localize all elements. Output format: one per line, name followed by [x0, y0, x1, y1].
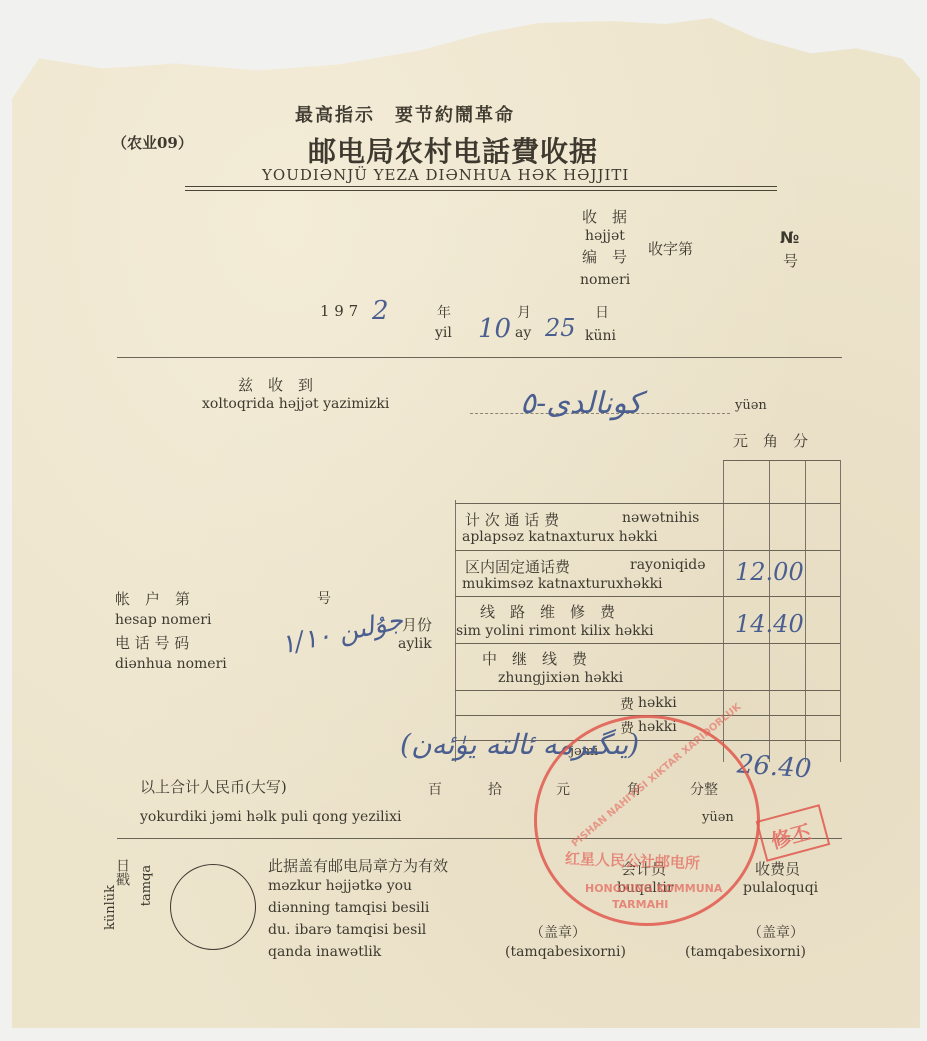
date-divider — [117, 357, 842, 358]
received-label-latin: xoltoqrida həjjət yazimizki — [202, 396, 389, 412]
table-row-line-4 — [455, 643, 840, 644]
table-row-line-5 — [455, 690, 840, 691]
date-day-handwritten[interactable]: 25 — [545, 314, 576, 342]
date-stamp-label-cn-char: 日戳 — [114, 858, 130, 886]
fee-row-3-latin-2: sim yolini rimont kilix həkki — [456, 623, 654, 639]
total-label-latin: yokurdiki jəmi həlk puli qong yezilixi — [140, 809, 402, 825]
table-right-border — [840, 460, 841, 762]
date-month-latin: ay — [515, 325, 531, 341]
table-row-line-3 — [455, 596, 840, 597]
receipt-label-cn-1: 收 据 — [582, 206, 627, 227]
table-col-fen — [805, 460, 806, 762]
account-label-latin-1: hesap nomeri — [115, 612, 211, 628]
form-code: （农业09） — [112, 132, 193, 153]
total-label-cn: 以上合计人民币(大写) — [140, 776, 287, 797]
received-from-handwritten[interactable]: ﻛﻮﻧﺎﻟﺪﻯ-٥ — [520, 386, 642, 421]
page-title: 邮电局农村电話費收据 — [308, 130, 598, 170]
fee-row-2-cn: 区内固定通话费 — [465, 556, 570, 577]
date-day-cn: 日 — [595, 302, 609, 322]
collector-seal-text: 修丕 — [767, 816, 813, 854]
fee-row-1-latin-1: nəwətnihis — [622, 510, 699, 526]
account-label-cn-1: 帐 户 第 — [115, 588, 190, 609]
fee-row-5-latin-2: həkki — [638, 695, 677, 711]
table-row-line-2 — [455, 550, 840, 551]
fee-row-3-cn: 线 路 维 修 费 — [480, 601, 615, 622]
date-stamp-label-latin-1: künlük — [103, 885, 118, 930]
collector-label-latin: pulaloquqi — [743, 880, 818, 896]
receipt-label-cn-3: 收字第 — [648, 238, 693, 259]
fee-row-3-amount[interactable]: 14.40 — [735, 610, 804, 638]
date-month-cn: 月 — [517, 302, 531, 322]
fee-row-2-latin-2: mukimsəz katnaxturuxhəkki — [462, 576, 663, 592]
receipt-no-suffix: 号 — [783, 250, 798, 271]
fee-row-4-latin-2: zhungjixiən həkki — [498, 670, 623, 686]
date-stamp-circle — [170, 864, 256, 950]
date-stamp-label-latin-2: tamqa — [139, 865, 154, 906]
page-title-latin: YOUDIƏNJÜ YEZA DIƏNHUA HƏK HƏJJITI — [262, 166, 629, 184]
receipt-label-latin-1: həjjət — [585, 228, 625, 244]
validity-latin-4: qanda inawətlik — [268, 944, 381, 960]
fee-row-2-amount[interactable]: 12.00 — [735, 558, 804, 586]
collector-seal-latin: (tamqabesixorni) — [685, 944, 806, 960]
date-day-latin: küni — [585, 328, 616, 344]
validity-latin-3: du. ibarə tamqisi besil — [268, 922, 426, 938]
fee-row-2-latin-1: rayoniqidə — [630, 557, 706, 573]
stamp-latin-bottom-2: TARMAHI — [612, 898, 668, 911]
slogan: 最高指示 要节約鬧革命 — [295, 101, 515, 127]
date-year-latin: yil — [435, 325, 452, 341]
denomination-hundred: 百 — [428, 779, 442, 799]
denomination-ten: 拾 — [488, 779, 502, 799]
fee-row-1-latin-2: aplapsəz katnaxturux həkki — [462, 529, 658, 545]
date-month-handwritten[interactable]: 10 — [478, 314, 511, 344]
fee-row-4-cn: 中 继 线 费 — [482, 648, 587, 669]
receipt-label-cn-2: 编 号 — [582, 246, 627, 267]
phone-label-cn: 电 话 号 码 — [115, 632, 189, 653]
validity-latin-2: diənning tamqisi besili — [268, 900, 429, 916]
table-top-units — [723, 460, 840, 461]
table-row-line-1 — [455, 503, 840, 504]
account-label-cn-1-suffix: 号 — [317, 588, 331, 608]
received-label-cn: 兹 收 到 — [238, 374, 313, 395]
validity-latin-1: məzkur həjjətkə you — [268, 878, 412, 894]
date-year-handwritten[interactable]: 2 — [372, 296, 389, 326]
collector-label-cn: 收费员 — [755, 858, 800, 879]
stamp-latin-bottom-1: HONGXING KOMMUNA — [585, 882, 722, 895]
month-label-cn: 月份 — [402, 614, 432, 635]
accountant-seal-latin: (tamqabesixorni) — [505, 944, 626, 960]
date-year-cn: 年 — [437, 302, 451, 322]
validity-cn: 此据盖有邮电局章方为有效 — [268, 855, 448, 876]
collector-seal-cn: （盖章） — [748, 922, 804, 942]
received-units-cn: 元 角 分 — [733, 430, 808, 451]
date-year-prefix: 1 9 7 — [320, 302, 358, 320]
month-label-latin: aylik — [398, 636, 432, 652]
receipt-label-latin-2: nomeri — [580, 272, 630, 288]
title-underline-2 — [185, 190, 777, 191]
fee-row-5-cn: 费 — [620, 694, 634, 714]
receipt-no-symbol: № — [780, 228, 799, 247]
phone-label-latin: diənhua nomeri — [115, 656, 227, 672]
received-unit-latin: yüən — [735, 398, 767, 413]
fee-row-1-cn: 计 次 通 话 费 — [465, 509, 559, 530]
title-underline — [185, 186, 777, 187]
accountant-seal-cn: （盖章） — [530, 922, 586, 942]
